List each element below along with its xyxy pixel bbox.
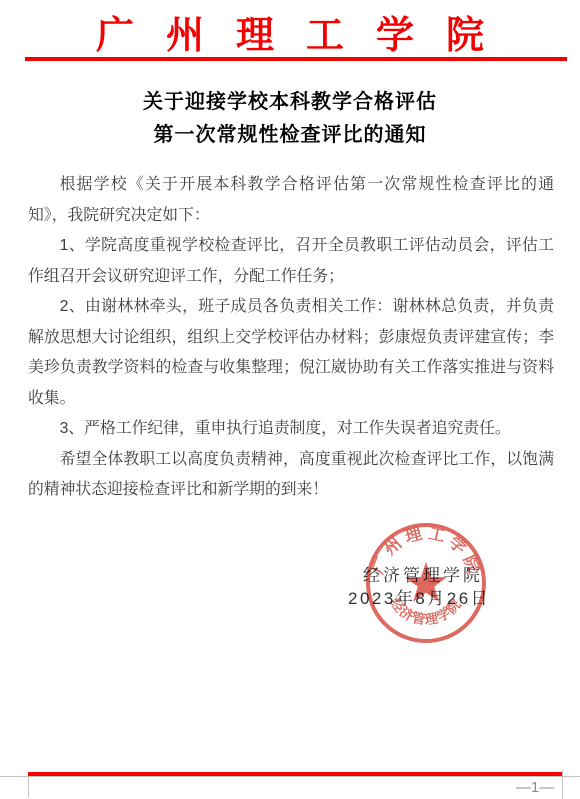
signature-date: 2023年8月26日 xyxy=(348,584,490,609)
paragraph-item1: 1、学院高度重视学校检查评比，召开全员教职工评估动员会，评估工作组召开会议研究迎… xyxy=(28,231,554,292)
page-number: —1— xyxy=(505,779,565,796)
paragraph-item2: 2、由谢林林牵头，班子成员各负责相关工作：谢林林总负责，并负责解放思想大讨论组织… xyxy=(28,292,554,414)
paragraph-closing: 希望全体教职工以高度负责精神，高度重视此次检查评比工作，以饱满的精神状态迎接检查… xyxy=(28,445,554,506)
footer-hairline xyxy=(0,776,580,777)
notice-title: 关于迎接学校本科教学合格评估 第一次常规性检查评比的通知 xyxy=(0,86,580,152)
signature-department: 经济管理学院 xyxy=(363,561,483,586)
notice-title-line1: 关于迎接学校本科教学合格评估 xyxy=(0,86,580,119)
notice-body: 根据学校《关于开展本科教学合格评估第一次常规性检查评比的通知》，我院研究决定如下… xyxy=(28,170,554,506)
paragraph-item3: 3、严格工作纪律，重申执行追责制度，对工作失误者追究责任。 xyxy=(28,414,554,445)
document-page: 广州理工学院 关于迎接学校本科教学合格评估 第一次常规性检查评比的通知 根据学校… xyxy=(0,0,580,799)
letterhead-school-name: 广州理工学院 xyxy=(0,4,580,59)
notice-title-line2: 第一次常规性检查评比的通知 xyxy=(0,119,580,152)
letterhead-rule xyxy=(25,57,567,61)
paragraph-intro: 根据学校《关于开展本科教学合格评估第一次常规性检查评比的通知》，我院研究决定如下… xyxy=(28,170,554,231)
footer-boundary-left xyxy=(28,776,29,797)
